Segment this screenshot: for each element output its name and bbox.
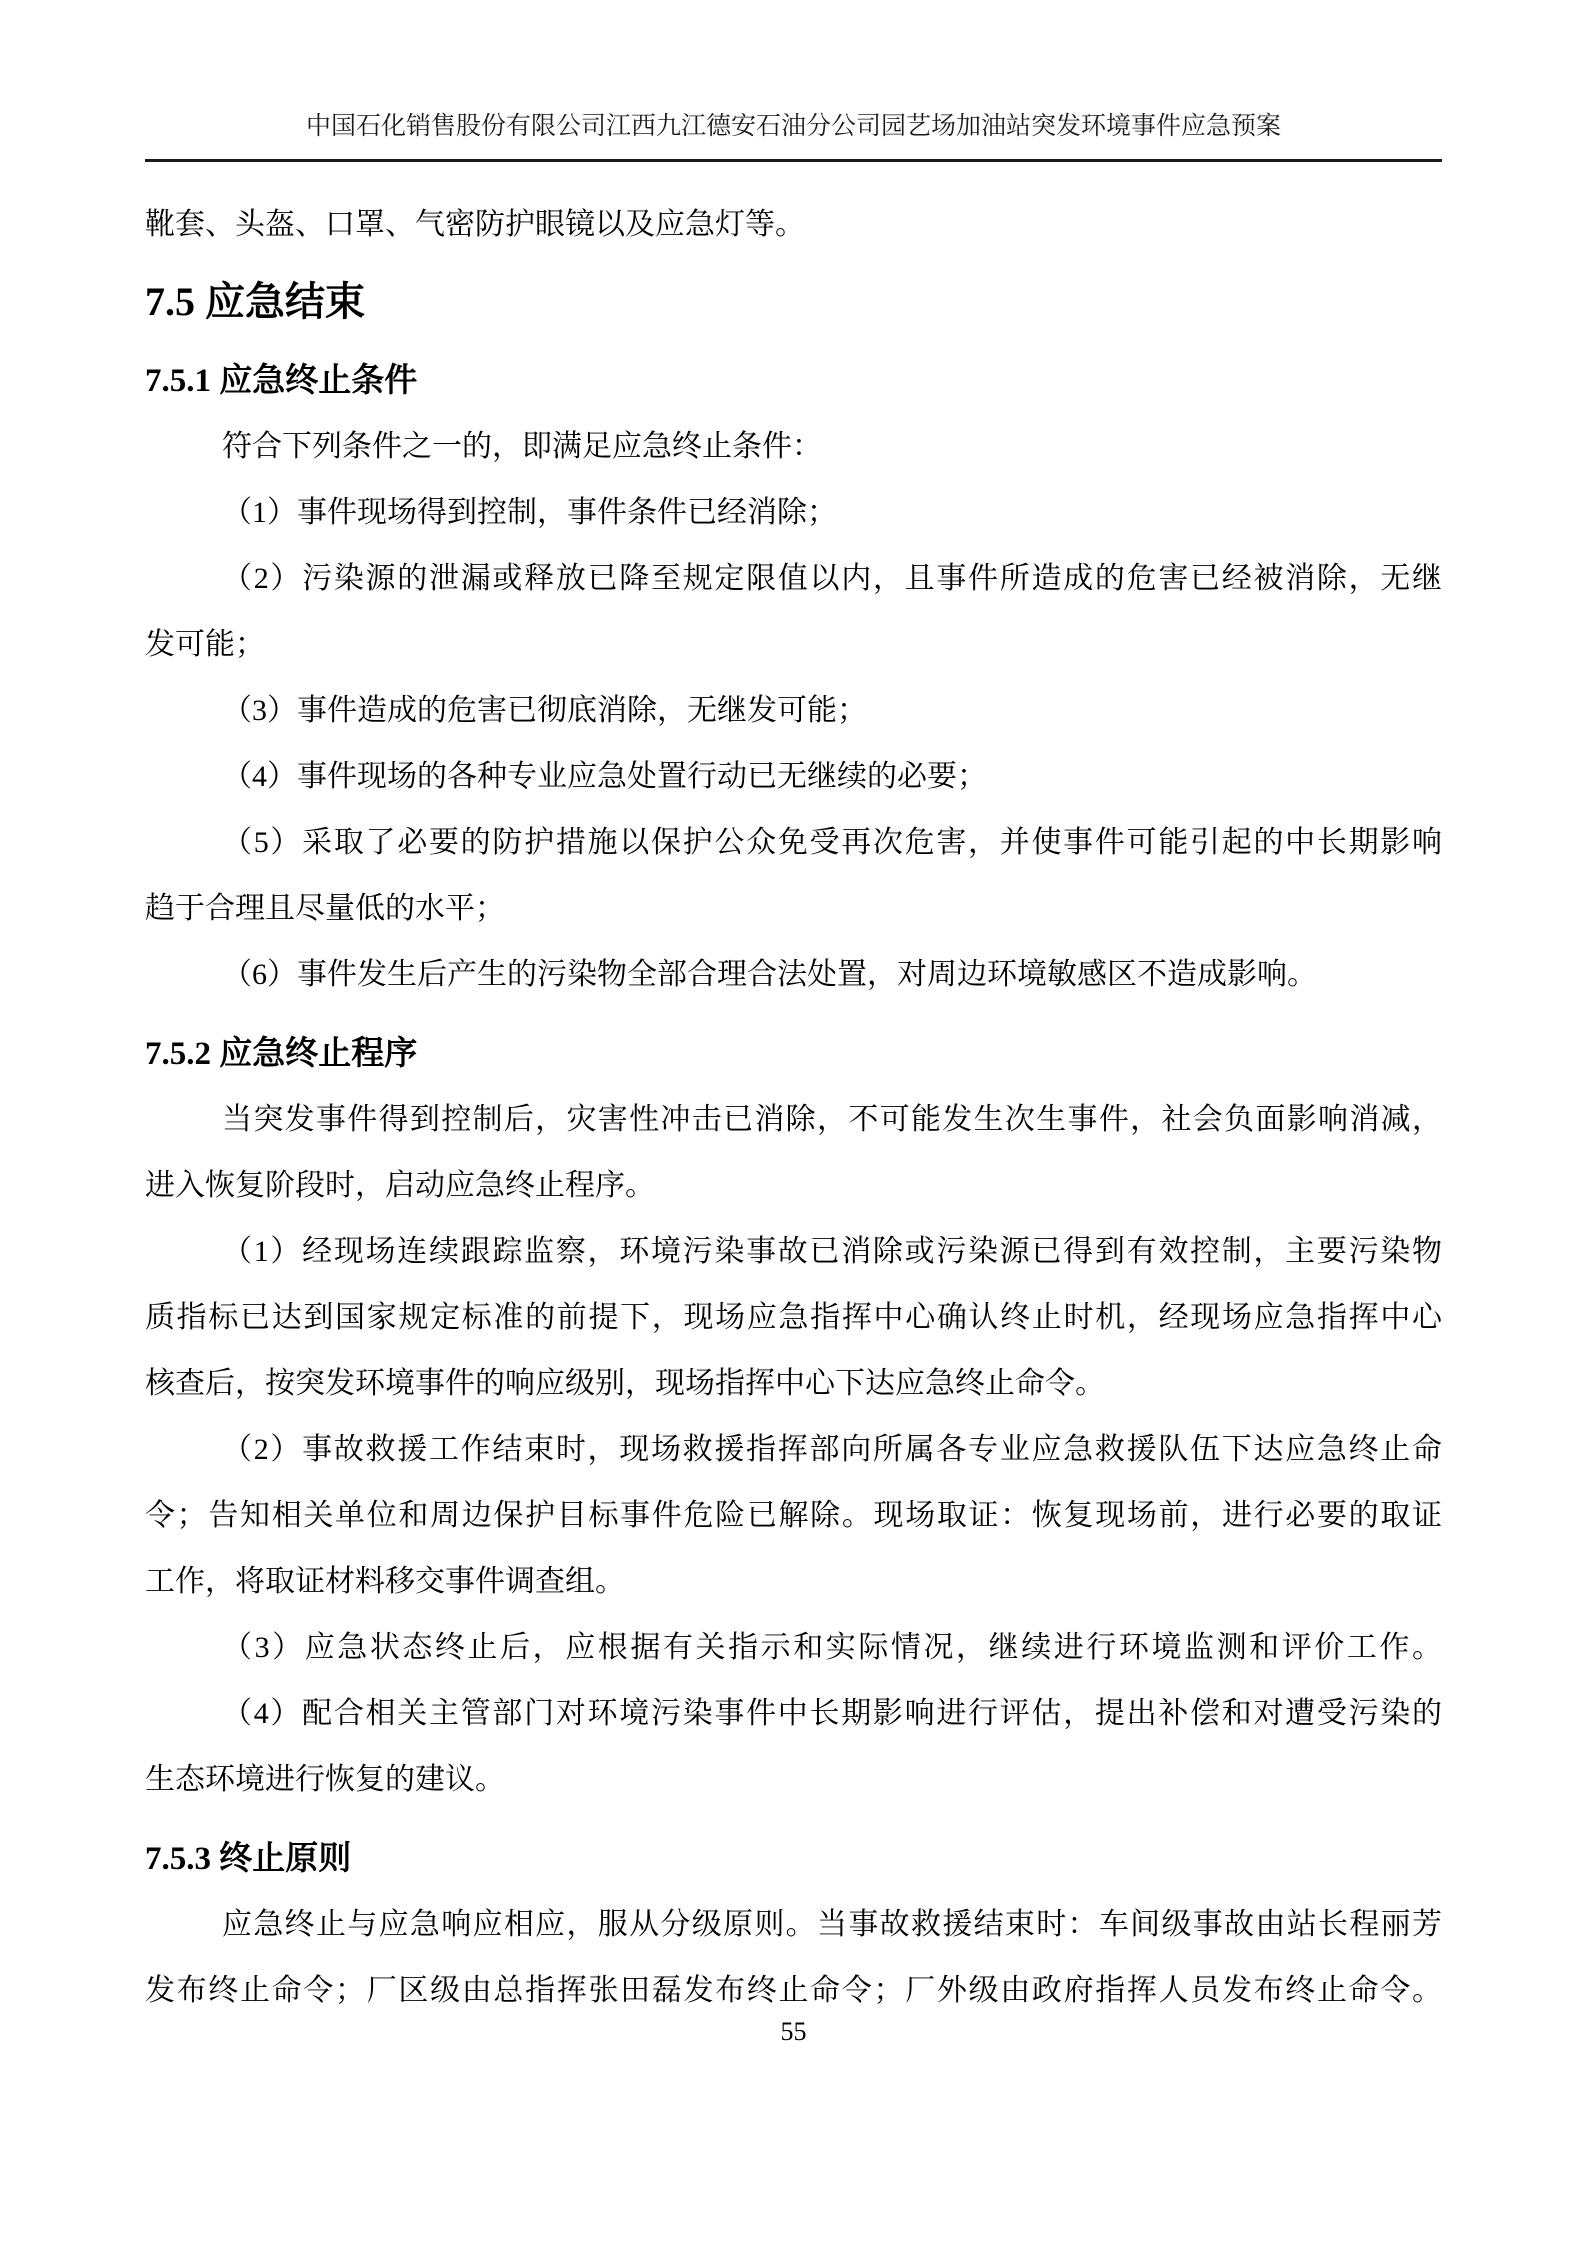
text-line: 趋于合理且尽量低的水平； [145,876,1442,942]
text-line: 发可能； [145,612,1442,678]
document-page: 中国石化销售股份有限公司江西九江德安石油分公司园艺场加油站突发环境事件应急预案 … [0,0,1587,2245]
text-line: （4）配合相关主管部门对环境污染事件中长期影响进行评估，提出补偿和对遭受污染的 [145,1681,1442,1747]
text-line: 令；告知相关单位和周边保护目标事件危险已解除。现场取证：恢复现场前，进行必要的取… [145,1483,1442,1549]
text-line: 工作，将取证材料移交事件调查组。 [145,1549,1442,1615]
document-body: 靴套、头盔、口罩、气密防护眼镜以及应急灯等。7.5 应急结束7.5.1 应急终止… [145,192,1442,2024]
text-line: （6）事件发生后产生的污染物全部合理合法处置，对周边环境敏感区不造成影响。 [145,942,1442,1008]
subsection-heading: 7.5.2 应急终止程序 [145,1021,1442,1087]
text-line: 当突发事件得到控制后，灾害性冲击已消除，不可能发生次生事件，社会负面影响消减， [145,1087,1442,1153]
text-line: （2）污染源的泄漏或释放已降至规定限值以内，且事件所造成的危害已经被消除，无继 [145,546,1442,612]
page-number: 55 [781,2017,807,2046]
text-line: （5）采取了必要的防护措施以保护公众免受再次危害，并使事件可能引起的中长期影响 [145,810,1442,876]
text-line: （1）事件现场得到控制，事件条件已经消除； [145,480,1442,546]
text-line: 应急终止与应急响应相应，服从分级原则。当事故救援结束时：车间级事故由站长程丽芳 [145,1892,1442,1958]
text-line: （3）事件造成的危害已彻底消除，无继发可能； [145,678,1442,744]
text-line: 核查后，按突发环境事件的响应级别，现场指挥中心下达应急终止命令。 [145,1351,1442,1417]
content-area: 中国石化销售股份有限公司江西九江德安石油分公司园艺场加油站突发环境事件应急预案 … [145,0,1442,2054]
text-line: （3）应急状态终止后，应根据有关指示和实际情况，继续进行环境监测和评价工作。 [145,1615,1442,1681]
section-heading: 7.5 应急结束 [145,269,1442,335]
header-rule [145,159,1442,162]
text-line: 进入恢复阶段时，启动应急终止程序。 [145,1153,1442,1219]
text-line: 符合下列条件之一的，即满足应急终止条件： [145,414,1442,480]
text-line: （2）事故救援工作结束时，现场救援指挥部向所属各专业应急救援队伍下达应急终止命 [145,1417,1442,1483]
text-line: 生态环境进行恢复的建议。 [145,1747,1442,1813]
text-line: 质指标已达到国家规定标准的前提下，现场应急指挥中心确认终止时机，经现场应急指挥中… [145,1285,1442,1351]
text-line: （1）经现场连续跟踪监察，环境污染事故已消除或污染源已得到有效控制，主要污染物 [145,1219,1442,1285]
subsection-heading: 7.5.3 终止原则 [145,1826,1442,1892]
page-header: 中国石化销售股份有限公司江西九江德安石油分公司园艺场加油站突发环境事件应急预案 [145,0,1442,162]
text-line: （4）事件现场的各种专业应急处置行动已无继续的必要； [145,744,1442,810]
subsection-heading: 7.5.1 应急终止条件 [145,348,1442,414]
running-header-title: 中国石化销售股份有限公司江西九江德安石油分公司园艺场加油站突发环境事件应急预案 [145,111,1442,143]
text-line: 靴套、头盔、口罩、气密防护眼镜以及应急灯等。 [145,192,1442,258]
